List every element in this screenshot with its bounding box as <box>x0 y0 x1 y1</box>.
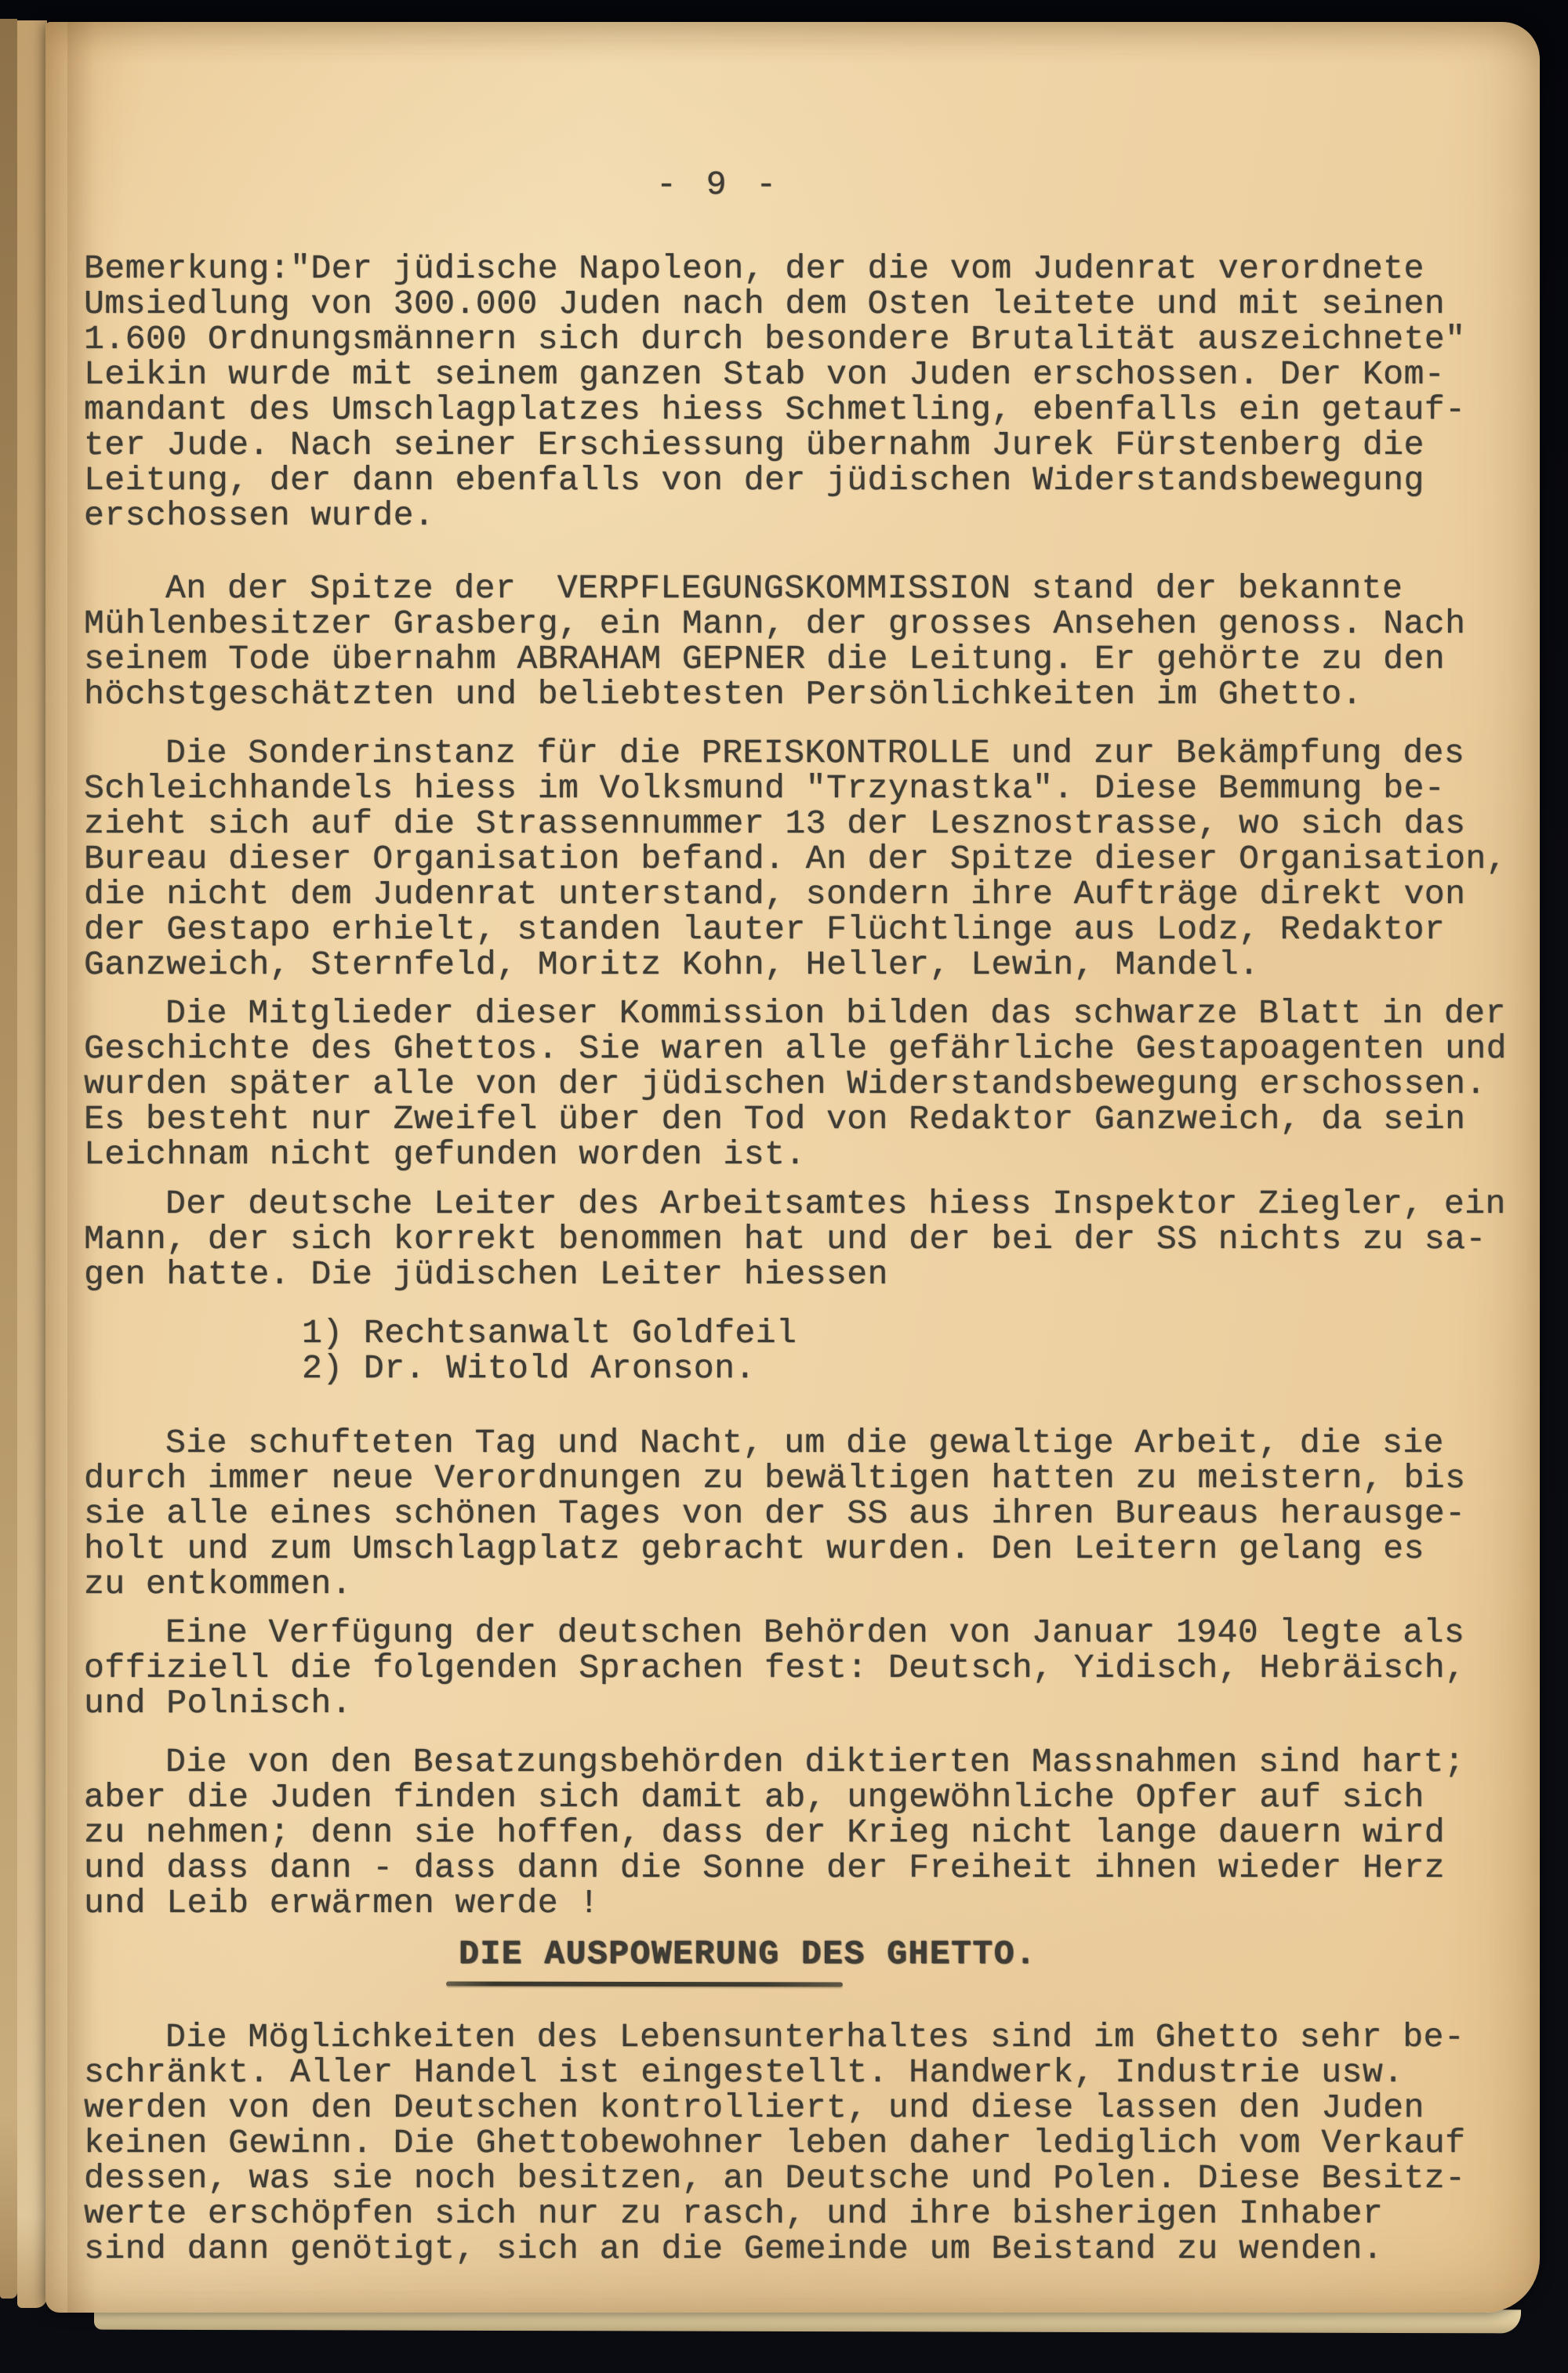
paragraph-bemerkung: Bemerkung:"Der jüdische Napoleon, der di… <box>84 251 1540 533</box>
paragraph-massnahmen: Die von den Besatzungsbehörden diktierte… <box>84 1744 1540 1921</box>
book-page: - 9 - Bemerkung:"Der jüdische Napoleon, … <box>45 22 1540 2313</box>
paragraph-preiskontrolle: Die Sonderinstanz für die PREISKONTROLLE… <box>84 735 1540 982</box>
page-stack-edge-outer <box>0 19 17 2299</box>
leader-list: 1) Rechtsanwalt Goldfeil 2) Dr. Witold A… <box>302 1315 1540 1386</box>
heading-underline <box>446 1981 843 1987</box>
paragraph-mitglieder-kommission: Die Mitglieder dieser Kommission bilden … <box>84 996 1540 1172</box>
paragraph-verpflegungskommission: An der Spitze der VERPFLEGUNGSKOMMISSION… <box>84 571 1540 712</box>
scan-background: - 9 - Bemerkung:"Der jüdische Napoleon, … <box>0 0 1568 2373</box>
section-heading-auspowerung: DIE AUSPOWERUNG DES GHETTO. <box>459 1936 1036 1972</box>
page-number: - 9 - <box>656 167 1540 202</box>
paragraph-arbeitsamt: Der deutsche Leiter des Arbeitsamtes hie… <box>84 1186 1540 1292</box>
paragraph-moeglichkeiten: Die Möglichkeiten des Lebensunterhaltes … <box>84 2019 1540 2266</box>
paragraph-schufteten: Sie schufteten Tag und Nacht, um die gew… <box>84 1425 1540 1602</box>
page-content: - 9 - Bemerkung:"Der jüdische Napoleon, … <box>84 140 1540 2266</box>
paragraph-sprachen-verfuegung: Eine Verfügung der deutschen Behörden vo… <box>84 1615 1540 1721</box>
page-stack-edge-inner <box>17 20 47 2308</box>
